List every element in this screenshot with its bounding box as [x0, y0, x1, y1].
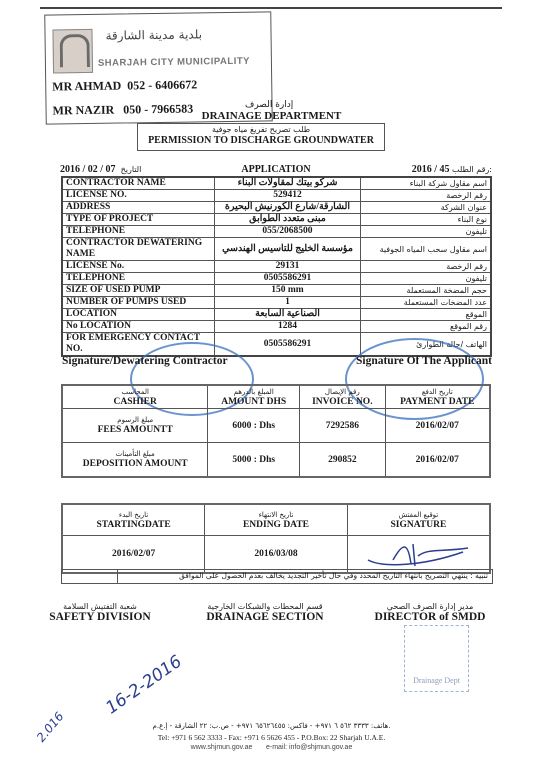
footer-web: www.shjmun.gov.ae e-mail: info@shjmun.go… [0, 744, 543, 751]
field-value: الشارقة/شارع الكورنيش البحيرة [215, 202, 361, 214]
fee-type: مبلغ التأميناتDEPOSITION AMOUNT [62, 443, 208, 478]
payment-date: 2016/02/07 [385, 443, 490, 478]
field-value: مبنى متعدد الطوابق [215, 214, 361, 226]
detail-row: SIZE OF USED PUMP 150 mm حجم المضخة المس… [62, 285, 491, 297]
detail-row: LICENSE No. 29131 رقم الرخصة [62, 261, 491, 273]
field-label-ar: رقم الموقع [361, 321, 492, 333]
field-label-en: TYPE OF PROJECT [62, 214, 215, 226]
field-label-ar: عدد المضخات المستعملة [361, 297, 492, 309]
department-ar: إدارة الصرف [245, 100, 293, 110]
contact-name: MR AHMAD [52, 79, 121, 94]
drainage-section: قسم المحطات والشبكات الخارجية DRAINAGE S… [195, 602, 335, 623]
expiry-notice-text: تنبيه : ينتهي التصريح بانتهاء التاريخ ال… [179, 571, 488, 580]
inspector-signature-header: توقيع المفتشSIGNATURE [347, 504, 490, 536]
field-value: 29131 [215, 261, 361, 273]
contact-phone: 052 - 6406672 [127, 77, 197, 92]
footer-email[interactable]: e-mail: info@shjmun.gov.ae [266, 744, 352, 751]
footer-website[interactable]: www.shjmun.gov.ae [191, 744, 253, 751]
director-smdd: مدير إدارة الصرف الصحي DIRECTOR of SMDD [365, 602, 495, 623]
request-number: 2016 / 45 رقم الطلب: [412, 164, 492, 175]
field-label-en: CONTRACTOR DEWATERING NAME [62, 238, 215, 261]
field-label-en: LOCATION [62, 309, 215, 321]
fees-header-row: المحاسبCASHIERالمبلغ بالدرهمAMOUNT DHSرق… [62, 385, 490, 409]
detail-row: NUMBER OF PUMPS USED 1 عدد المضخات المست… [62, 297, 491, 309]
starting-date-header: تاريخ البدءSTARTINGDATE [62, 504, 205, 536]
field-value: مؤسسة الخليج للتاسيس الهندسي [215, 238, 361, 261]
permission-title-en: PERMISSION TO DISCHARGE GROUNDWATER [138, 135, 384, 147]
field-label-ar: حجم المضخة المستعملة [361, 285, 492, 297]
fee-amount: 5000 : Dhs [208, 443, 300, 478]
municipality-name-en: SHARJAH CITY MUNICIPALITY [98, 56, 250, 69]
permission-title-ar: طلب تصريح تفريغ مياه جوفية [138, 124, 384, 135]
municipality-logo-icon [52, 29, 93, 74]
department-title: DRAINAGE DEPARTMENT [0, 110, 543, 122]
fees-header: رقم الإيصالINVOICE NO. [300, 385, 386, 409]
handwritten-date: 16-2-2016 [102, 652, 186, 719]
detail-row: TELEPHONE 0505586291 تليفون [62, 273, 491, 285]
inspector-signature [347, 536, 490, 574]
field-value: 150 mm [215, 285, 361, 297]
field-value: 0505586291 [215, 273, 361, 285]
top-rule [40, 7, 502, 9]
detail-row: LOCATION الصناعية السابعة الموقع [62, 309, 491, 321]
expiry-notice: تنبيه : ينتهي التصريح بانتهاء التاريخ ال… [61, 569, 493, 584]
field-label-ar: تليفون [361, 273, 492, 285]
field-value: 1 [215, 297, 361, 309]
field-label-ar: نوع البناء [361, 214, 492, 226]
field-label-en: ADDRESS [62, 202, 215, 214]
field-value: 1284 [215, 321, 361, 333]
detail-row: CONTRACTOR NAME شركو بيتك لمقاولات البنا… [62, 177, 491, 190]
fees-table: المحاسبCASHIERالمبلغ بالدرهمAMOUNT DHSرق… [61, 384, 491, 478]
municipality-name-ar: بلدية مدينة الشارقة [105, 27, 202, 42]
drainage-dept-stamp: Drainage Dept [404, 625, 469, 692]
fee-amount: 6000 : Dhs [208, 409, 300, 443]
fee-type: مبلغ الرسومFEES AMOUNTT [62, 409, 208, 443]
fees-row: مبلغ الرسومFEES AMOUNTT 6000 : Dhs 72925… [62, 409, 490, 443]
footer-ar: هاتف: ٣٣٣٣ ٥٦٢ ٦ ٩٧١+ - فاكس: ٦٥٦٢٦٤٥٥ ٩… [0, 722, 543, 730]
detail-row: TELEPHONE 055/2068500 تليفون [62, 226, 491, 238]
field-label-en: TELEPHONE [62, 273, 215, 285]
field-label-ar: الموقع [361, 309, 492, 321]
field-value: 055/2068500 [215, 226, 361, 238]
invoice-number: 7292586 [300, 409, 386, 443]
field-label-ar: رقم الرخصة [361, 261, 492, 273]
field-label-en: LICENSE NO. [62, 190, 215, 202]
field-label-ar: تليفون [361, 226, 492, 238]
detail-row: No LOCATION 1284 رقم الموقع [62, 321, 491, 333]
detail-row: ADDRESS الشارقة/شارع الكورنيش البحيرة عن… [62, 202, 491, 214]
field-label-en: No LOCATION [62, 321, 215, 333]
field-label-ar: رقم الرخصة [361, 190, 492, 202]
field-value: الصناعية السابعة [215, 309, 361, 321]
fees-header: تاريخ الدفعPAYMENT DATE [385, 385, 490, 409]
field-label-en: SIZE OF USED PUMP [62, 285, 215, 297]
ending-date: 2016/03/08 [205, 536, 348, 574]
municipality-contact-stamp: بلدية مدينة الشارقة SHARJAH CITY MUNICIP… [44, 11, 273, 124]
fees-header: المبلغ بالدرهمAMOUNT DHS [208, 385, 300, 409]
applicant-signature-label: Signature Of The Applicant [356, 355, 492, 367]
field-label-ar: اسم مقاول سحب المياه الجوفية [361, 238, 492, 261]
invoice-number: 290852 [300, 443, 386, 478]
detail-row: TYPE OF PROJECT مبنى متعدد الطوابق نوع ا… [62, 214, 491, 226]
starting-date: 2016/02/07 [62, 536, 205, 574]
field-label-en: NUMBER OF PUMPS USED [62, 297, 215, 309]
ending-date-header: تاريخ الانتهاءENDING DATE [205, 504, 348, 536]
fees-row: مبلغ التأميناتDEPOSITION AMOUNT 5000 : D… [62, 443, 490, 478]
contact-ahmad: MR AHMAD 052 - 6406672 [52, 77, 197, 94]
field-value: 529412 [215, 190, 361, 202]
field-value: شركو بيتك لمقاولات البناء [215, 177, 361, 190]
signature-scribble-icon [363, 538, 473, 568]
field-label-ar: اسم مقاول شركة البناء [361, 177, 492, 190]
safety-division: شعبة التفتيش السلامة SAFETY DIVISION [40, 602, 160, 623]
field-label-en: CONTRACTOR NAME [62, 177, 215, 190]
field-label-ar: عنوان الشركة [361, 202, 492, 214]
permission-title-box: طلب تصريح تفريغ مياه جوفية PERMISSION TO… [137, 123, 385, 151]
field-label-en: TELEPHONE [62, 226, 215, 238]
dewatering-contractor-signature-label: Signature/Dewatering Contractor [62, 355, 228, 367]
fees-header: المحاسبCASHIER [62, 385, 208, 409]
application-details-table: CONTRACTOR NAME شركو بيتك لمقاولات البنا… [61, 176, 492, 357]
field-label-en: LICENSE No. [62, 261, 215, 273]
detail-row: CONTRACTOR DEWATERING NAME مؤسسة الخليج … [62, 238, 491, 261]
footer-contact: Tel: +971 6 562 3333 - Fax: +971 6 5626 … [0, 733, 543, 742]
detail-row: LICENSE NO. 529412 رقم الرخصة [62, 190, 491, 202]
validity-table: تاريخ البدءSTARTINGDATE تاريخ الانتهاءEN… [61, 503, 491, 574]
payment-date: 2016/02/07 [385, 409, 490, 443]
